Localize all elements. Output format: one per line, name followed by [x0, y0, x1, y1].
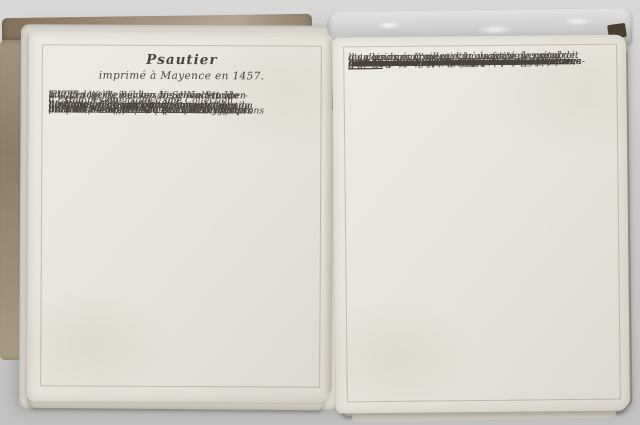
left-page: Psautier imprimé à Mayence en 1457. „Ein… — [27, 31, 333, 403]
manuscript-photo: Psautier imprimé à Mayence en 1457. „Ein… — [0, 0, 640, 425]
left-page-body: „Ein Werk, welches bis diese Stundealle … — [49, 88, 315, 104]
left-page-heading: Psautier imprimé à Mayence en 1457. — [49, 51, 315, 82]
right-page-ruled-frame — [343, 44, 621, 403]
right-page: les poinçons. D'ailleurs la quantité de … — [332, 34, 630, 413]
page-subtitle: imprimé à Mayence en 1457. — [49, 69, 315, 82]
left-page-text: Psautier imprimé à Mayence en 1457. „Ein… — [49, 51, 315, 104]
page-title: Psautier — [49, 51, 315, 68]
